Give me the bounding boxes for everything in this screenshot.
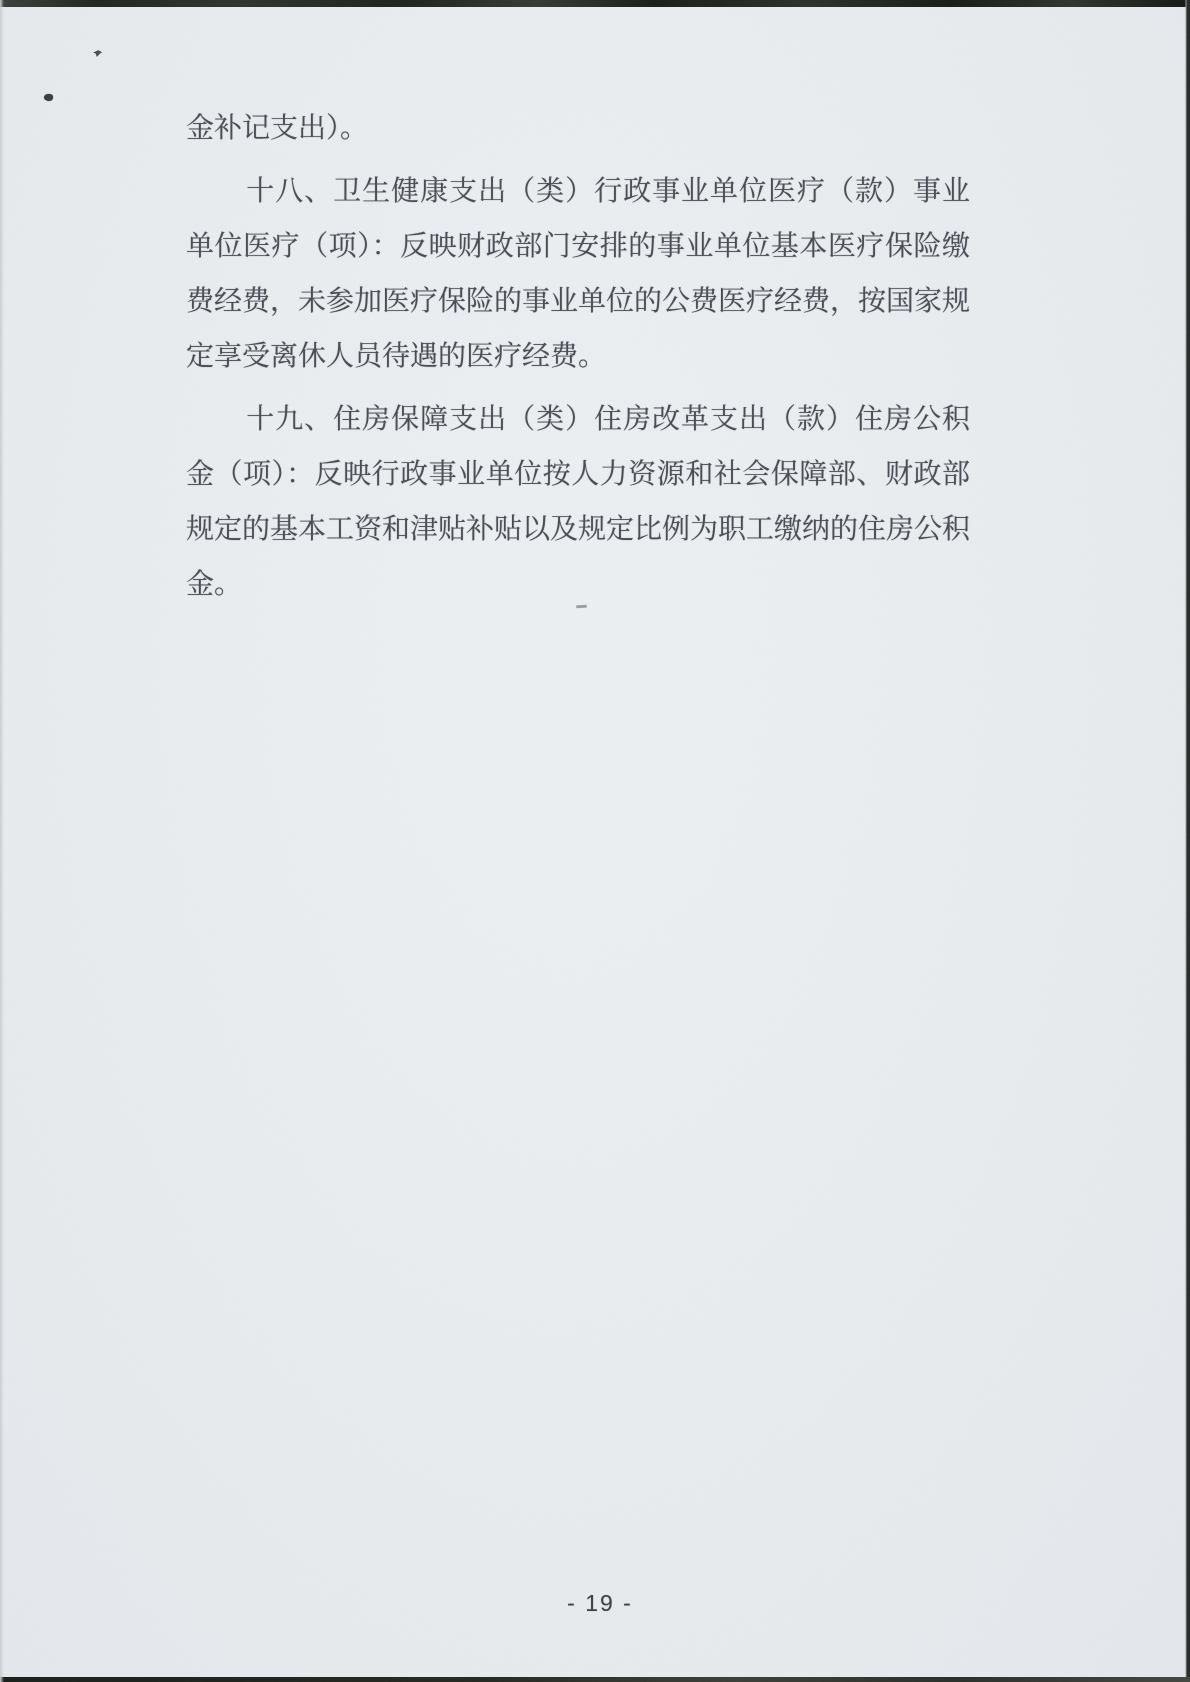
scanner-edge-right [1185,0,1190,1682]
ink-speck-icon [93,49,103,57]
scanned-page: 金补记支出）。 十八、卫生健康支出（类）行政事业单位医疗（款）事业单位医疗（项）… [0,0,1190,1682]
scanner-edge-left [0,0,4,1682]
scanner-edge-top [0,0,1190,7]
paragraph-continuation: 金补记支出）。 [186,101,970,156]
page-number: - 19 - [0,1590,1190,1617]
document-body: 金补记支出）。 十八、卫生健康支出（类）行政事业单位医疗（款）事业单位医疗（项）… [186,101,970,620]
ink-dot-icon [44,94,53,101]
paragraph-item-18: 十八、卫生健康支出（类）行政事业单位医疗（款）事业单位医疗（项）：反映财政部门安… [186,164,970,384]
scanner-edge-bottom [0,1677,1190,1682]
paragraph-item-19: 十九、住房保障支出（类）住房改革支出（款）住房公积金（项）：反映行政事业单位按人… [186,392,970,612]
